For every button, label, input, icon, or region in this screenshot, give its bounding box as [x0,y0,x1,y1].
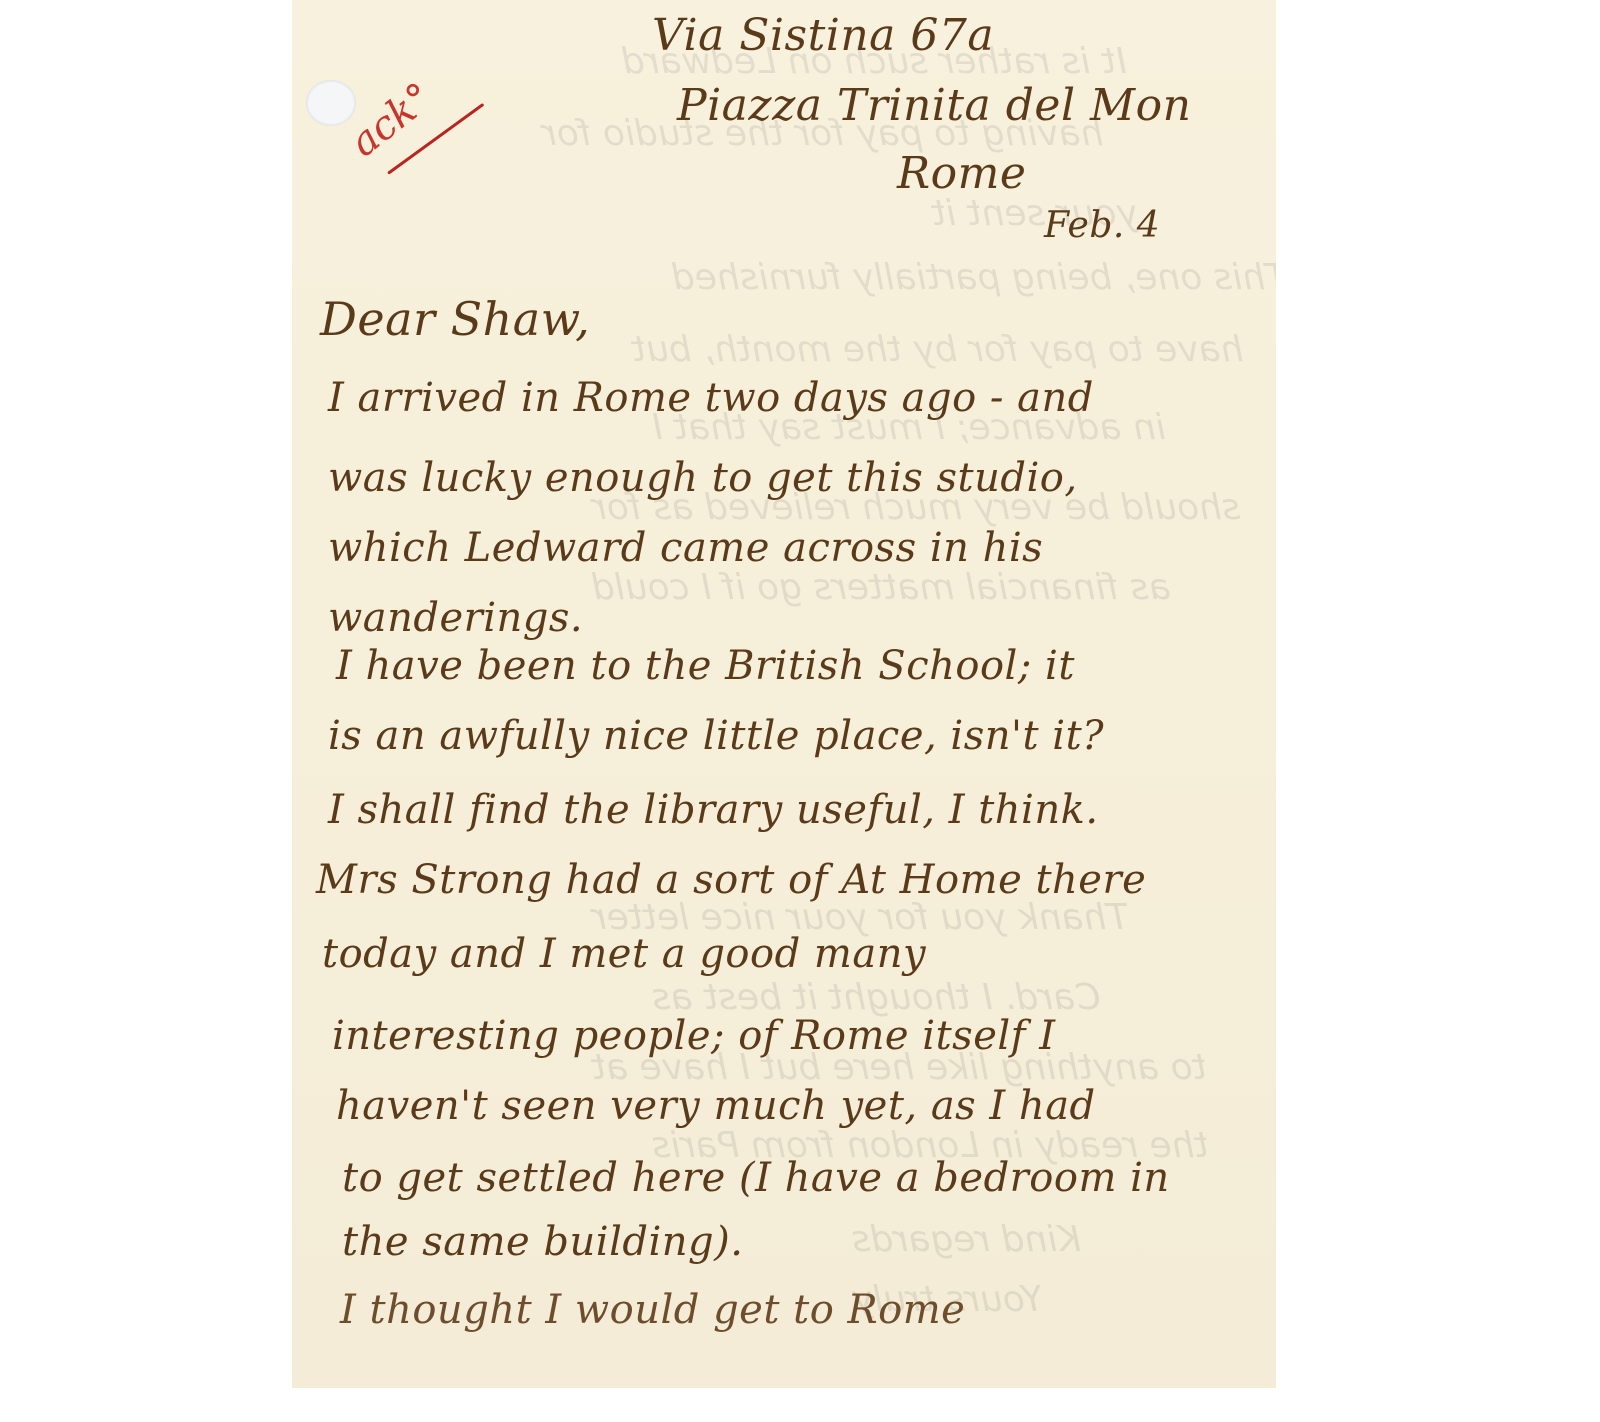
salutation: Dear Shaw, [320,296,590,342]
ack-annotation: ack° [342,74,442,166]
bleed-line: Kind regards [852,1222,1081,1258]
address-line-1: Via Sistina 67a [652,14,994,58]
body-line: the same building). [342,1222,743,1262]
bleed-line: as financial matters go if I could [592,570,1171,606]
address-line-2: Piazza Trinita del Mon [677,84,1191,128]
bleed-line: have to pay for by the month, but [632,332,1244,368]
body-line: haven't seen very much yet, as I had [336,1086,1096,1126]
punch-hole [306,80,356,126]
letter-date: Feb. 4 [1044,208,1160,244]
body-line: to get settled here (I have a bedroom in [342,1158,1170,1198]
body-line: wanderings. [328,598,583,638]
body-line: I thought I would get to Rome [340,1290,965,1330]
letter-page: It is rather such on Ledward having to p… [292,0,1276,1388]
body-line: interesting people; of Rome itself I [332,1016,1056,1056]
body-line: I have been to the British School; it [336,646,1075,686]
bleed-line: This one, being partially furnished [672,260,1276,296]
body-line: I shall find the library useful, I think… [328,790,1099,830]
body-line: is an awfully nice little place, isn't i… [328,716,1104,756]
body-line: I arrived in Rome two days ago - and [328,378,1094,418]
body-line: was lucky enough to get this studio, [328,458,1078,498]
address-city: Rome [897,152,1026,196]
bleed-line: Card. I thought it best as [652,980,1101,1016]
body-line: today and I met a good many [322,934,926,974]
body-line: Mrs Strong had a sort of At Home there [316,860,1146,900]
body-line: which Ledward came across in his [328,528,1043,568]
